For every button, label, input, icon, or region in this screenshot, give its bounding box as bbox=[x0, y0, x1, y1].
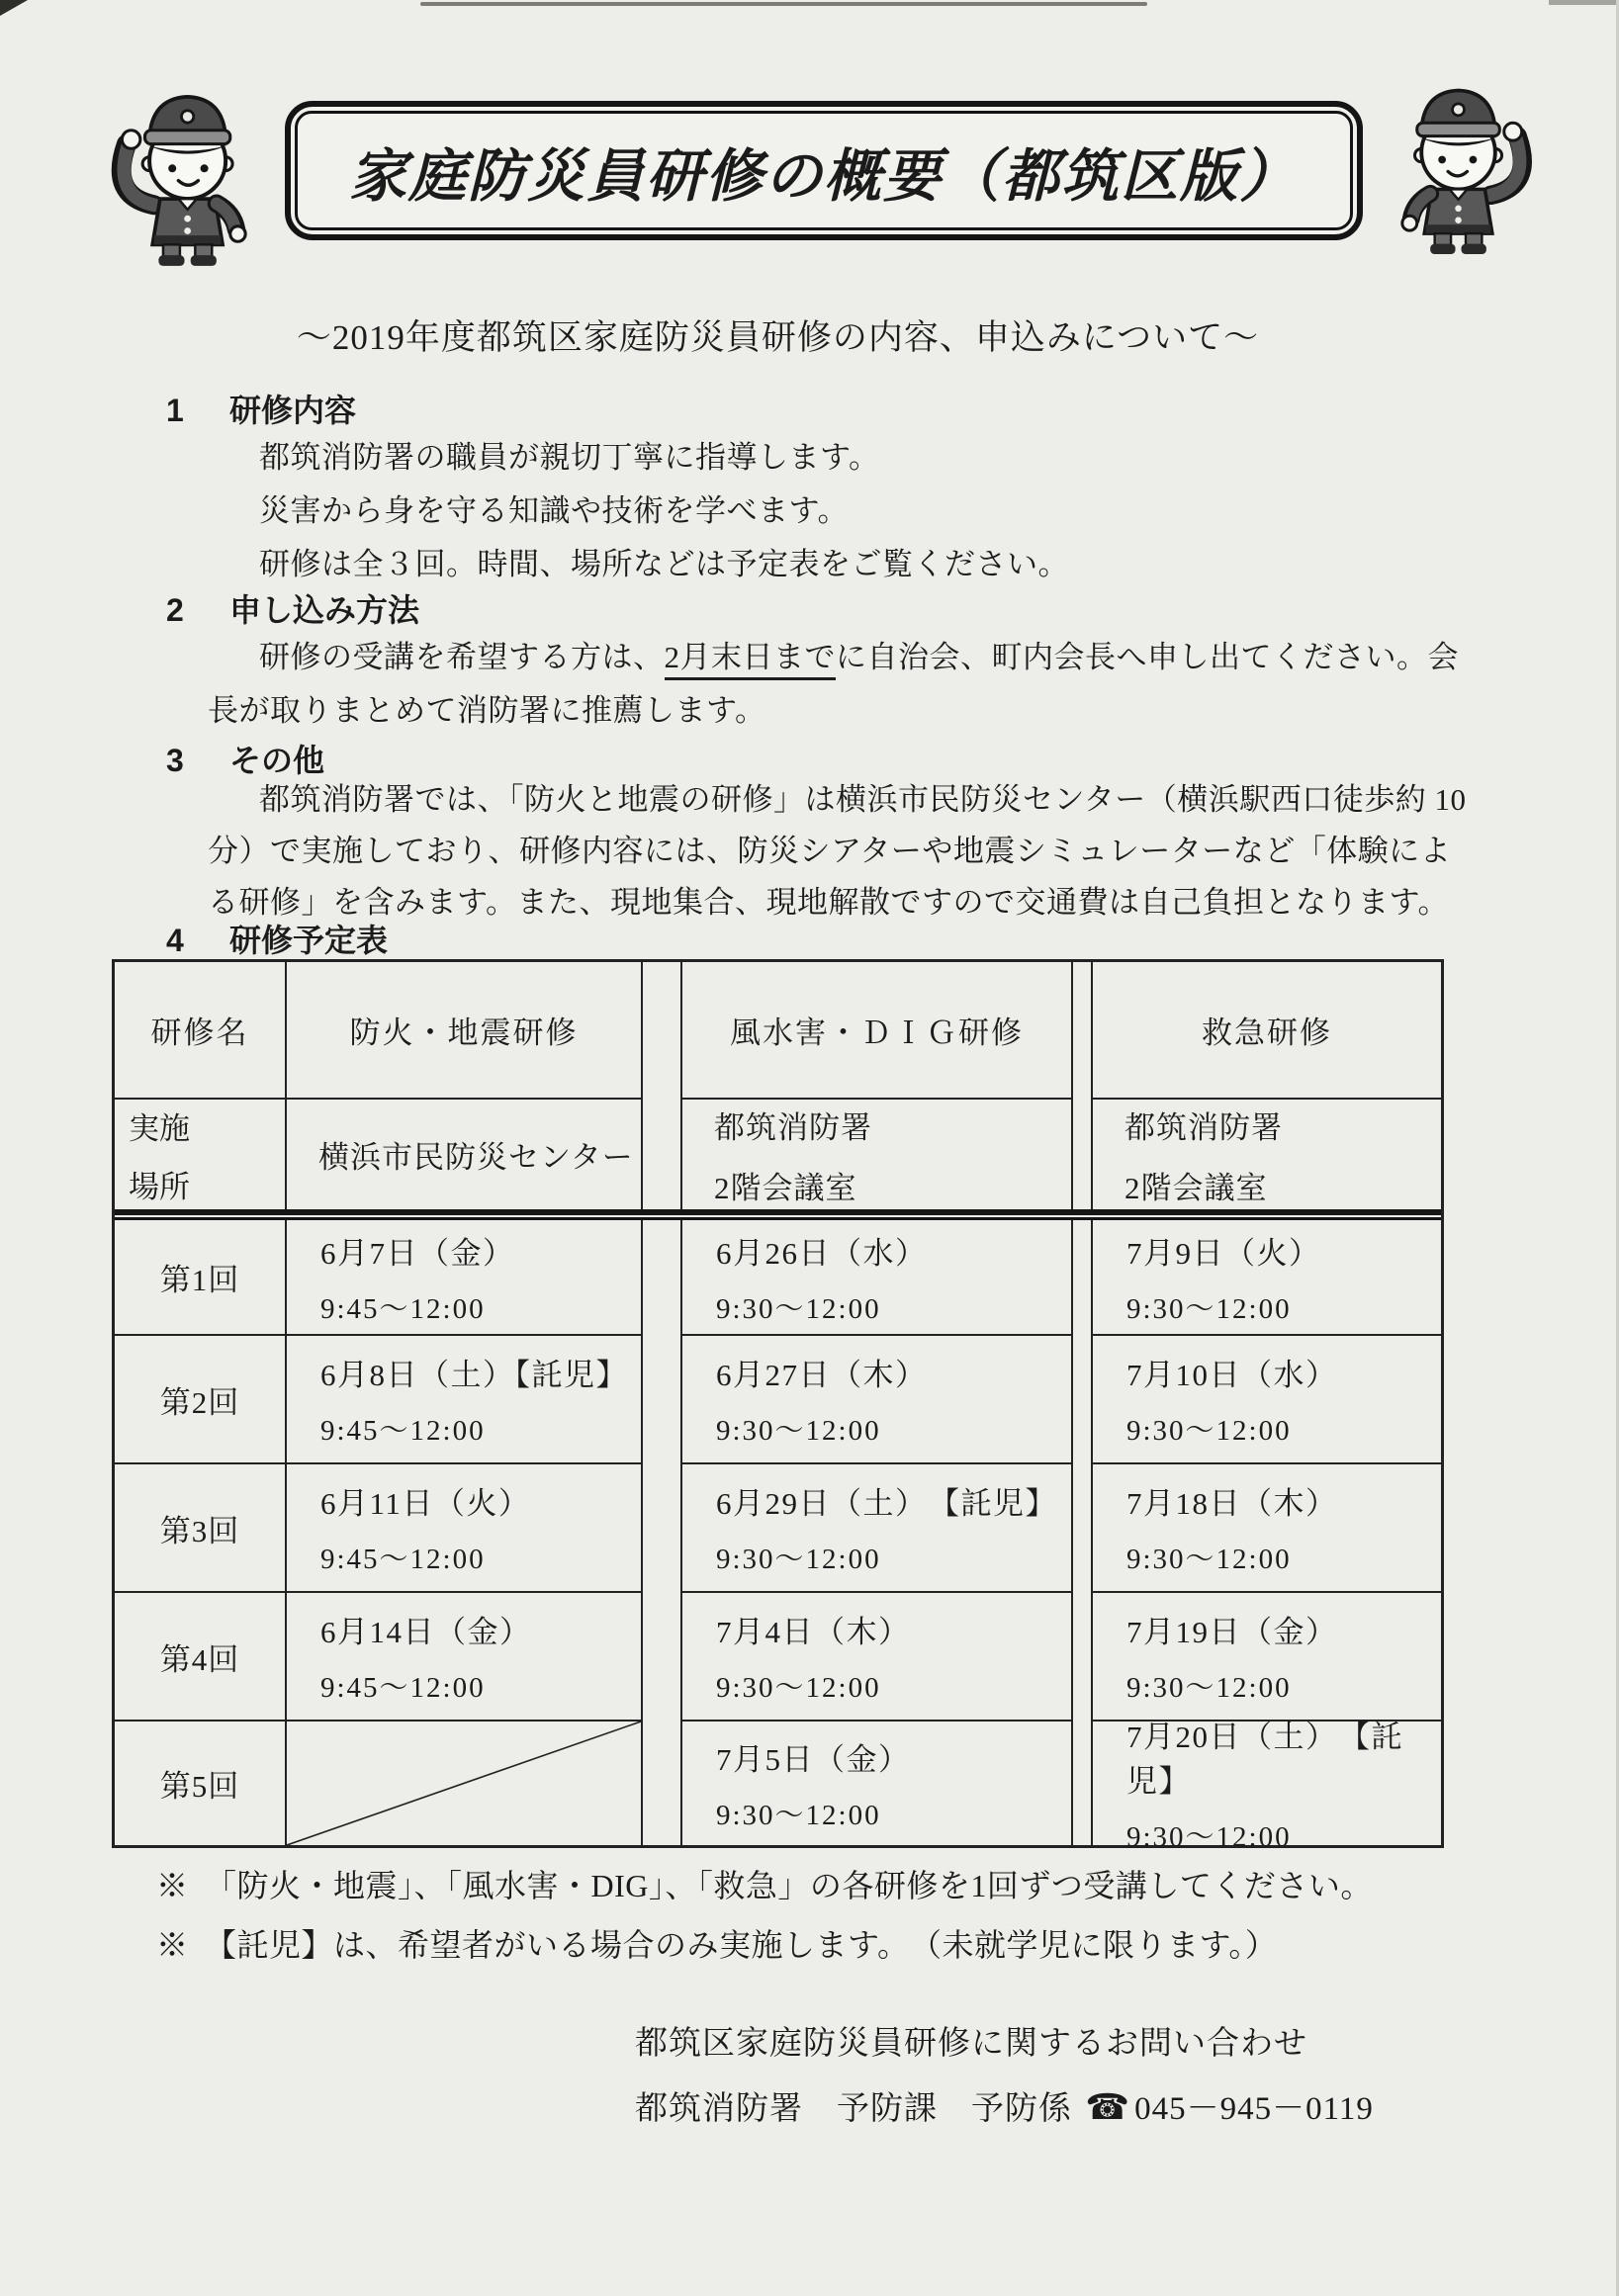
session-date: 6月8日（土）【託児】 bbox=[320, 1350, 641, 1394]
scan-artifact-corner bbox=[0, 0, 28, 16]
section4-title: 研修予定表 bbox=[229, 923, 388, 958]
page-title: 家庭防災員研修の概要（都筑区版） bbox=[349, 130, 1299, 213]
schedule-cell: 6月26日（水） 9:30～12:00 bbox=[680, 1220, 1073, 1336]
section2-title: 申し込み方法 bbox=[229, 592, 419, 628]
document-page: 家庭防災員研修の概要（都筑区版） ～2019年度都筑区家庭防災員研修の内容、申込… bbox=[0, 0, 1619, 2296]
session-time: 9:30～12:00 bbox=[716, 1408, 1071, 1449]
table-column-spacer bbox=[643, 1336, 680, 1464]
table-column-spacer bbox=[643, 1722, 680, 1848]
course-header-flood-dig: 風水害・ＤＩＧ研修 bbox=[680, 959, 1073, 1100]
phone-icon: ☎ bbox=[1085, 2087, 1130, 2127]
table-column-spacer bbox=[1073, 1220, 1091, 1336]
table-column-spacer bbox=[643, 1100, 680, 1209]
session-date: 7月5日（金） bbox=[716, 1734, 1071, 1779]
section1-line2: 災害から身を守る知識や技術を学べます。 bbox=[259, 490, 849, 532]
location-cell-aid: 都筑消防署 2階会議室 bbox=[1091, 1100, 1444, 1209]
schedule-cell: 6月8日（土）【託児】 9:45～12:00 bbox=[287, 1336, 643, 1464]
session-time: 9:30～12:00 bbox=[716, 1793, 1071, 1833]
title-banner-inner: 家庭防災員研修の概要（都筑区版） bbox=[295, 111, 1353, 230]
section3-heading: 3その他 bbox=[166, 736, 324, 781]
session-date: 7月4日（木） bbox=[716, 1607, 1071, 1651]
title-banner: 家庭防災員研修の概要（都筑区版） bbox=[285, 101, 1363, 240]
scan-artifact-top-right bbox=[1549, 0, 1619, 5]
session-row-label: 第5回 bbox=[112, 1722, 287, 1848]
session-date: 6月7日（金） bbox=[320, 1228, 641, 1273]
session-date: 6月26日（水） bbox=[716, 1228, 1071, 1273]
section1-line1: 都筑消防署の職員が親切丁寧に指導します。 bbox=[259, 437, 880, 479]
firefighter-mascot-right-icon bbox=[1369, 77, 1557, 257]
section3-line3: る研修」を含みます。また、現地集合、現地解散ですので交通費は自己負担となります。 bbox=[208, 882, 1449, 924]
schedule-cell: 6月7日（金） 9:45～12:00 bbox=[287, 1220, 643, 1336]
session-date: 7月19日（金） bbox=[1126, 1607, 1441, 1651]
session-date: 7月18日（木） bbox=[1126, 1478, 1441, 1523]
course-header-fire-earthquake: 防火・地震研修 bbox=[287, 959, 643, 1100]
thick-divider-rule bbox=[112, 1209, 1444, 1220]
section2-line1-post: に自治会、町内会長へ申し出てください。会 bbox=[836, 640, 1459, 674]
session-time: 9:45～12:00 bbox=[320, 1537, 641, 1577]
table-column-spacer bbox=[643, 1220, 680, 1336]
scan-artifact-top-line bbox=[420, 2, 1147, 6]
location-cell-fire: 横浜市民防災センター bbox=[287, 1100, 643, 1209]
schedule-cell: 7月18日（木） 9:30～12:00 bbox=[1091, 1464, 1444, 1593]
table-column-spacer bbox=[1073, 1336, 1091, 1464]
session-date: 7月20日（土） 【託児】 bbox=[1126, 1712, 1441, 1801]
location-text: 横浜市民防災センター bbox=[318, 1132, 641, 1177]
footnote-1: ※ 「防火・地震」、「風水害・DIG」、「救急」の各研修を1回ずつ受講してくださ… bbox=[156, 1861, 1373, 1906]
session-row-label: 第4回 bbox=[112, 1593, 287, 1722]
section1-heading: 1研修内容 bbox=[166, 386, 356, 431]
table-column-spacer bbox=[643, 1464, 680, 1593]
section3-number: 3 bbox=[166, 743, 229, 779]
location-row-header-line1: 実施 bbox=[129, 1104, 285, 1148]
schedule-cell: 6月27日（木） 9:30～12:00 bbox=[680, 1336, 1073, 1464]
table-column-spacer bbox=[1073, 1593, 1091, 1722]
schedule-cell: 7月10日（水） 9:30～12:00 bbox=[1091, 1336, 1444, 1464]
table-column-spacer bbox=[1073, 1100, 1091, 1209]
session-date: 6月14日（金） bbox=[320, 1607, 641, 1651]
table-corner-header: 研修名 bbox=[112, 959, 287, 1100]
session-time: 9:30～12:00 bbox=[716, 1286, 1071, 1327]
contact-office: 都筑消防署 予防課 予防係 bbox=[635, 2091, 1072, 2127]
course-header-first-aid: 救急研修 bbox=[1091, 959, 1444, 1100]
schedule-cell: 6月11日（火） 9:45～12:00 bbox=[287, 1464, 643, 1593]
footnote-2: ※ 【託児】は、希望者がいる場合のみ実施します。 （未就学児に限ります。） bbox=[156, 1920, 1277, 1966]
training-schedule-table: 研修名 防火・地震研修 風水害・ＤＩＧ研修 救急研修 実施 場所 横浜市民防災セ… bbox=[112, 959, 1444, 1848]
session-time: 9:45～12:00 bbox=[320, 1665, 641, 1706]
session-date: 7月10日（水） bbox=[1126, 1350, 1441, 1394]
section2-heading: 2申し込み方法 bbox=[166, 585, 419, 631]
section2-line1: 研修の受講を希望する方は、2月末日までに自治会、町内会長へ申し出てください。会 bbox=[259, 637, 1459, 678]
session-row-label: 第3回 bbox=[112, 1464, 287, 1593]
session-time: 9:30～12:00 bbox=[716, 1537, 1071, 1577]
contact-phone-number: 045－945－0119 bbox=[1134, 2091, 1374, 2127]
location-text: 2階会議室 bbox=[1124, 1163, 1441, 1207]
section2-number: 2 bbox=[166, 592, 229, 629]
schedule-cell: 7月20日（土） 【託児】 9:30～12:00 bbox=[1091, 1722, 1444, 1848]
section4-number: 4 bbox=[166, 923, 229, 959]
schedule-cell: 7月4日（木） 9:30～12:00 bbox=[680, 1593, 1073, 1722]
table-column-spacer bbox=[1073, 959, 1091, 1100]
contact-heading: 都筑区家庭防災員研修に関するお問い合わせ bbox=[635, 2017, 1307, 2064]
session-time: 9:30～12:00 bbox=[716, 1665, 1071, 1706]
location-row-header-line2: 場所 bbox=[129, 1162, 285, 1206]
session-time: 9:45～12:00 bbox=[320, 1408, 641, 1449]
section1-number: 1 bbox=[166, 393, 229, 429]
session-time: 9:45～12:00 bbox=[320, 1286, 641, 1327]
session-row-label: 第2回 bbox=[112, 1336, 287, 1464]
section3-line1: 都筑消防署では、「防火と地震の研修」は横浜市民防災センター（横浜駅西口徒歩約 1… bbox=[259, 779, 1467, 821]
schedule-cell: 6月14日（金） 9:45～12:00 bbox=[287, 1593, 643, 1722]
schedule-cell: 7月19日（金） 9:30～12:00 bbox=[1091, 1593, 1444, 1722]
location-row-header: 実施 場所 bbox=[112, 1100, 287, 1209]
table-column-spacer bbox=[1073, 1464, 1091, 1593]
session-time: 9:30～12:00 bbox=[1126, 1537, 1441, 1577]
session-date: 6月29日（土） 【託児】 bbox=[716, 1478, 1071, 1523]
section4-heading: 4研修予定表 bbox=[166, 916, 388, 961]
section1-line3: 研修は全３回。時間、場所などは予定表をご覧ください。 bbox=[259, 544, 1069, 585]
location-text: 2階会議室 bbox=[714, 1163, 1071, 1207]
section2-line2: 長が取りまとめて消防署に推薦します。 bbox=[208, 690, 766, 732]
schedule-cell: 6月29日（土） 【託児】 9:30～12:00 bbox=[680, 1464, 1073, 1593]
session-time: 9:30～12:00 bbox=[1126, 1665, 1441, 1706]
session-date: 6月27日（木） bbox=[716, 1350, 1071, 1394]
session-time: 9:30～12:00 bbox=[1126, 1408, 1441, 1449]
contact-detail: 都筑消防署 予防課 予防係 ☎045－945－0119 bbox=[635, 2082, 1374, 2129]
session-time: 9:30～12:00 bbox=[1126, 1286, 1441, 1327]
schedule-cell: 7月5日（金） 9:30～12:00 bbox=[680, 1722, 1073, 1848]
table-column-spacer bbox=[1073, 1722, 1091, 1848]
section3-title: その他 bbox=[229, 743, 324, 778]
table-column-spacer bbox=[643, 1593, 680, 1722]
location-text: 都筑消防署 bbox=[714, 1103, 1071, 1147]
session-date: 6月11日（火） bbox=[320, 1478, 641, 1523]
schedule-cell: 7月9日（火） 9:30～12:00 bbox=[1091, 1220, 1444, 1336]
session-row-label: 第1回 bbox=[112, 1220, 287, 1336]
section1-title: 研修内容 bbox=[229, 393, 356, 428]
location-cell-flood: 都筑消防署 2階会議室 bbox=[680, 1100, 1073, 1209]
section2-line1-pre: 研修の受講を希望する方は、 bbox=[259, 640, 665, 674]
section3-line2: 分）で実施しており、研修内容には、防災シアターや地震シミュレーターなど「体験によ bbox=[208, 831, 1451, 872]
location-text: 都筑消防署 bbox=[1124, 1103, 1441, 1147]
session-time: 9:30～12:00 bbox=[1126, 1814, 1441, 1855]
diagonal-line-icon bbox=[287, 1722, 641, 1845]
session-date: 7月9日（火） bbox=[1126, 1228, 1441, 1273]
firefighter-mascot-left-icon bbox=[85, 83, 281, 269]
table-column-spacer bbox=[643, 959, 680, 1100]
page-subtitle: ～2019年度都筑区家庭防災員研修の内容、申込みについて～ bbox=[112, 310, 1444, 360]
deadline-underlined: 2月末日まで bbox=[665, 640, 837, 680]
cancelled-cell-diagonal bbox=[287, 1722, 643, 1848]
